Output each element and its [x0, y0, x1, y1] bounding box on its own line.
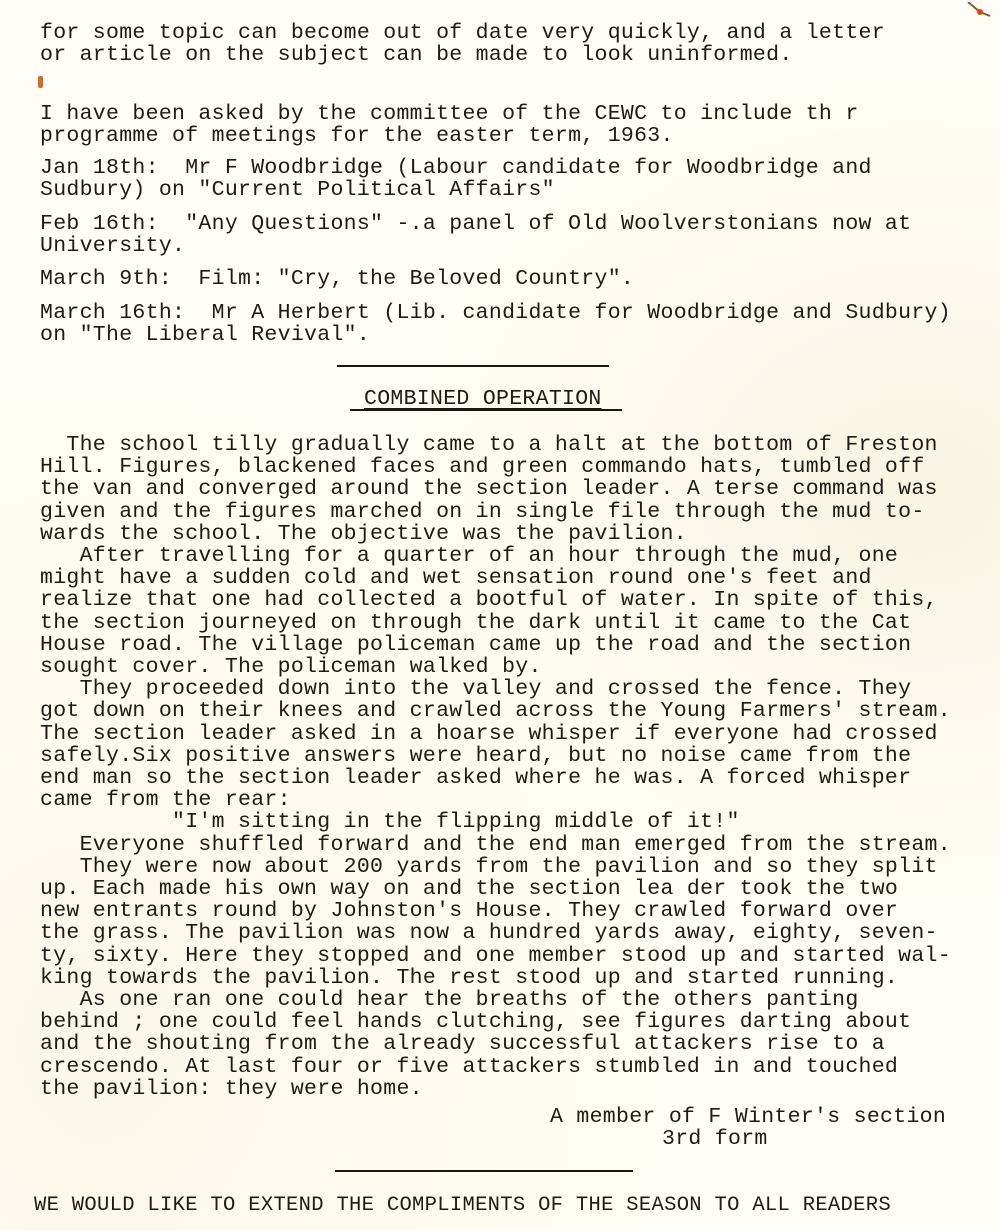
rust-stain — [38, 76, 43, 88]
article-line: wards the school. The objective was the … — [40, 523, 687, 545]
article-line: and the shouting from the already succes… — [40, 1033, 885, 1055]
article-line: the section journeyed on through the dar… — [40, 612, 911, 634]
title-underline — [350, 409, 622, 411]
article-line: came from the rear: — [40, 789, 291, 811]
intro-line: for some topic can become out of date ve… — [40, 22, 885, 44]
article-line: sought cover. The policeman walked by. — [40, 656, 542, 678]
article-line: might have a sudden cold and wet sensati… — [40, 567, 872, 589]
article-line: behind ; one could feel hands clutching,… — [40, 1011, 911, 1033]
article-line: The section leader asked in a hoarse whi… — [40, 723, 938, 745]
article-line: given and the figures marched on in sing… — [40, 501, 925, 523]
article-line: got down on their knees and crawled acro… — [40, 700, 951, 722]
paper-clip-mark-icon — [966, 2, 994, 24]
article-line: ty, sixty. Here they stopped and one mem… — [40, 945, 951, 967]
event-jan-18-cont: Sudbury) on "Current Political Affairs" — [40, 179, 555, 201]
programme-intro-line: programme of meetings for the easter ter… — [40, 125, 674, 147]
article-line: "I'm sitting in the flipping middle of i… — [40, 811, 740, 833]
article-line: end man so the section leader asked wher… — [40, 767, 911, 789]
closing-divider — [335, 1170, 633, 1172]
article-line: The school tilly gradually came to a hal… — [40, 434, 938, 456]
article-line: They were now about 200 yards from the p… — [40, 856, 938, 878]
article-line: They proceeded down into the valley and … — [40, 678, 911, 700]
article-line: up. Each made his own way on and the sec… — [40, 878, 898, 900]
article-line: the grass. The pavilion was now a hundre… — [40, 922, 938, 944]
article-line: king towards the pavilion. The rest stoo… — [40, 967, 898, 989]
article-line: crescendo. At last four or five attacker… — [40, 1056, 898, 1078]
event-march-9: March 9th: Film: "Cry, the Beloved Count… — [40, 268, 634, 290]
intro-line: or article on the subject can be made to… — [40, 44, 793, 66]
event-march-16: March 16th: Mr A Herbert (Lib. candidate… — [40, 302, 951, 324]
article-line: As one ran one could hear the breaths of… — [40, 989, 859, 1011]
event-march-16-cont: on "The Liberal Revival". — [40, 324, 370, 346]
article-title: COMBINED OPERATION — [364, 388, 602, 410]
article-line: safely.Six positive answers were heard, … — [40, 745, 911, 767]
article-line: the pavilion: they were home. — [40, 1078, 423, 1100]
article-line: new entrants round by Johnston's House. … — [40, 900, 898, 922]
article-line: After travelling for a quarter of an hou… — [40, 545, 898, 567]
event-feb-16: Feb 16th: "Any Questions" -.a panel of O… — [40, 213, 911, 235]
article-line: the van and converged around the section… — [40, 478, 938, 500]
closing-message: WE WOULD LIKE TO EXTEND THE COMPLIMENTS … — [34, 1195, 891, 1217]
article-line: Hill. Figures, blackened faces and green… — [40, 456, 925, 478]
event-feb-16-cont: University. — [40, 235, 185, 257]
signature-author: A member of F Winter's section — [550, 1106, 946, 1128]
article-line: Everyone shuffled forward and the end ma… — [40, 834, 951, 856]
event-jan-18: Jan 18th: Mr F Woodbridge (Labour candid… — [40, 157, 872, 179]
signature-form: 3rd form — [662, 1128, 768, 1150]
article-line: realize that one had collected a bootful… — [40, 589, 938, 611]
section-divider — [337, 365, 609, 367]
article-line: House road. The village policeman came u… — [40, 634, 911, 656]
programme-intro-line: I have been asked by the committee of th… — [40, 103, 859, 125]
